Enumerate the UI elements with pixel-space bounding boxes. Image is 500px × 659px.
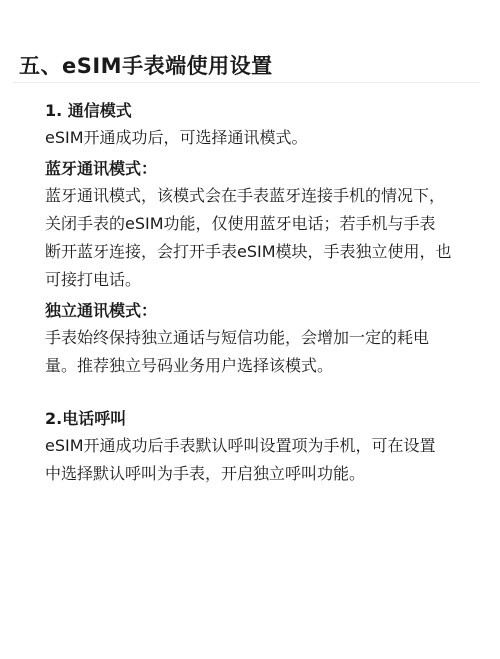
- paragraph-line: 可接打电话。: [45, 266, 485, 294]
- section-independent-mode: 独立通讯模式： 手表始终保持独立通话与短信功能，会增加一定的耗电 量。推荐独立号…: [45, 298, 485, 380]
- section-paragraph: eSIM开通成功后手表默认呼叫设置项为手机，可在设置 中选择默认呼叫为手表，开启…: [45, 432, 485, 488]
- section-heading: 1. 通信模式: [45, 98, 485, 124]
- section-heading: 2.电话呼叫: [45, 406, 485, 432]
- paragraph-line: eSIM开通成功后，可选择通讯模式。: [45, 124, 485, 152]
- section-heading: 独立通讯模式：: [45, 298, 485, 324]
- section-bluetooth-mode: 蓝牙通讯模式： 蓝牙通讯模式，该模式会在手表蓝牙连接手机的情况下， 关闭手表的e…: [45, 156, 485, 294]
- paragraph-line: 蓝牙通讯模式，该模式会在手表蓝牙连接手机的情况下，: [45, 182, 485, 210]
- title-divider: [13, 82, 480, 83]
- paragraph-line: 手表始终保持独立通话与短信功能，会增加一定的耗电: [45, 324, 485, 352]
- paragraph-line: 断开蓝牙连接，会打开手表eSIM模块，手表独立使用，也: [45, 238, 485, 266]
- content-body: 1. 通信模式 eSIM开通成功后，可选择通讯模式。 蓝牙通讯模式： 蓝牙通讯模…: [45, 98, 485, 488]
- paragraph-line: eSIM开通成功后手表默认呼叫设置项为手机，可在设置: [45, 432, 485, 460]
- paragraph-line: 关闭手表的eSIM功能，仅使用蓝牙电话；若手机与手表: [45, 210, 485, 238]
- document-page: 五、eSIM手表端使用设置 1. 通信模式 eSIM开通成功后，可选择通讯模式。…: [0, 0, 500, 659]
- page-title: 五、eSIM手表端使用设置: [19, 50, 273, 80]
- section-paragraph: 蓝牙通讯模式，该模式会在手表蓝牙连接手机的情况下， 关闭手表的eSIM功能，仅使…: [45, 182, 485, 294]
- section-paragraph: eSIM开通成功后，可选择通讯模式。: [45, 124, 485, 152]
- paragraph-line: 量。推荐独立号码业务用户选择该模式。: [45, 352, 485, 380]
- section-heading: 蓝牙通讯模式：: [45, 156, 485, 182]
- section-communication-mode: 1. 通信模式 eSIM开通成功后，可选择通讯模式。: [45, 98, 485, 152]
- section-paragraph: 手表始终保持独立通话与短信功能，会增加一定的耗电 量。推荐独立号码业务用户选择该…: [45, 324, 485, 380]
- paragraph-line: 中选择默认呼叫为手表，开启独立呼叫功能。: [45, 460, 485, 488]
- section-phone-call: 2.电话呼叫 eSIM开通成功后手表默认呼叫设置项为手机，可在设置 中选择默认呼…: [45, 406, 485, 488]
